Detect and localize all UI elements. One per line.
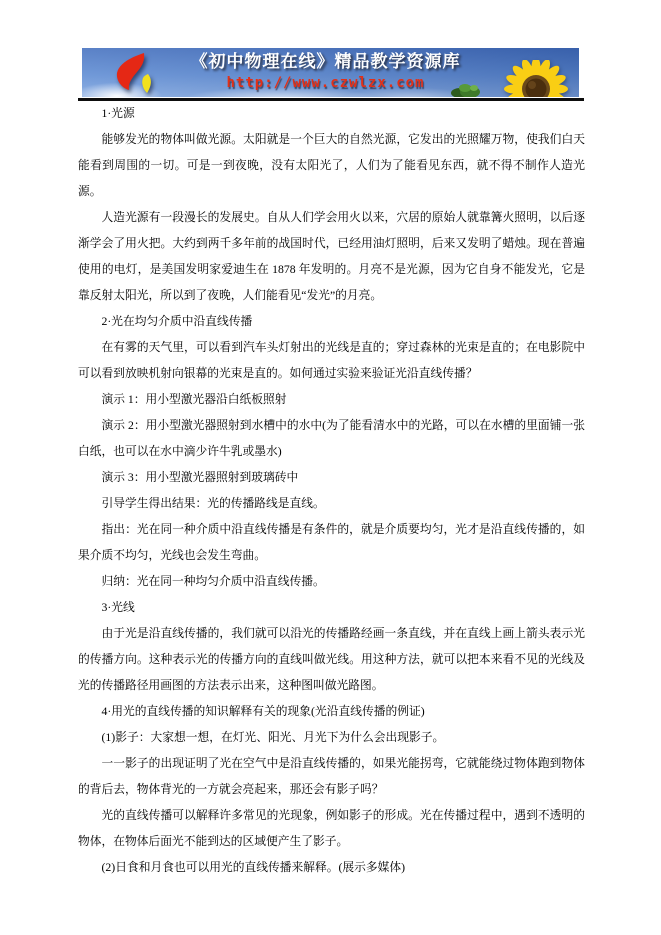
paragraph-point-out-condition: 指出：光在同一种介质中沿直线传播是有条件的，就是介质要均匀，光才是沿直线传播的，… bbox=[78, 517, 585, 569]
paragraph-shadow-proof: 一一影子的出现证明了光在空气中是沿直线传播的，如果光能拐弯，它就能绕过物体跑到物… bbox=[78, 751, 585, 803]
paragraph-shadow-question: (1)影子：大家想一想，在灯光、阳光、月光下为什么会出现影子。 bbox=[78, 725, 585, 751]
sunflower-icon bbox=[503, 60, 569, 97]
paragraph-artificial-light-history: 人造光源有一段漫长的发展史。自从人们学会用火以来，穴居的原始人就靠篝火照明，以后… bbox=[78, 205, 585, 309]
paragraph-light-ray-definition: 由于光是沿直线传播的，我们就可以沿光的传播路经画一条直线，并在直线上画上箭头表示… bbox=[78, 621, 585, 699]
site-banner: 《初中物理在线》精品教学资源库 http://www.czwlzx.com bbox=[82, 48, 579, 97]
green-plant-icon bbox=[450, 82, 484, 97]
paragraph-demo-1: 演示 1：用小型激光器沿白纸板照射 bbox=[78, 387, 585, 413]
paragraph-eclipse-explanation: (2)日食和月食也可以用光的直线传播来解释。(展示多媒体) bbox=[78, 855, 585, 881]
paragraph-straight-light-examples: 在有雾的天气里，可以看到汽车头灯射出的光线是直的；穿过森林的光束是直的；在电影院… bbox=[78, 335, 585, 387]
section-3-heading-light-ray: 3·光线 bbox=[78, 595, 585, 621]
section-2-heading-straight-propagation: 2·光在均匀介质中沿直线传播 bbox=[78, 309, 585, 335]
paragraph-shadow-explanation: 光的直线传播可以解释许多常见的光现象，例如影子的形成。光在传播过程中，遇到不透明… bbox=[78, 803, 585, 855]
document-body: 1·光源 能够发光的物体叫做光源。太阳就是一个巨大的自然光源，它发出的光照耀万物… bbox=[78, 101, 585, 881]
document-page: 《初中物理在线》精品教学资源库 http://www.czwlzx.com bbox=[0, 0, 661, 935]
banner-title: 《初中物理在线》精品教学资源库 bbox=[142, 50, 509, 74]
paragraph-guided-conclusion: 引导学生得出结果：光的传播路线是直线。 bbox=[78, 491, 585, 517]
paragraph-demo-2: 演示 2：用小型激光器照射到水槽中的水中(为了能看清水中的光路，可以在水槽的里面… bbox=[78, 413, 585, 465]
paragraph-summary: 归纳：光在同一种均匀介质中沿直线传播。 bbox=[78, 569, 585, 595]
section-4-heading-applications: 4·用光的直线传播的知识解释有关的现象(光沿直线传播的例证) bbox=[78, 699, 585, 725]
paragraph-light-source-definition: 能够发光的物体叫做光源。太阳就是一个巨大的自然光源，它发出的光照耀万物，使我们白… bbox=[78, 127, 585, 205]
paragraph-demo-3: 演示 3：用小型激光器照射到玻璃砖中 bbox=[78, 465, 585, 491]
section-1-heading-light-source: 1·光源 bbox=[78, 101, 585, 127]
